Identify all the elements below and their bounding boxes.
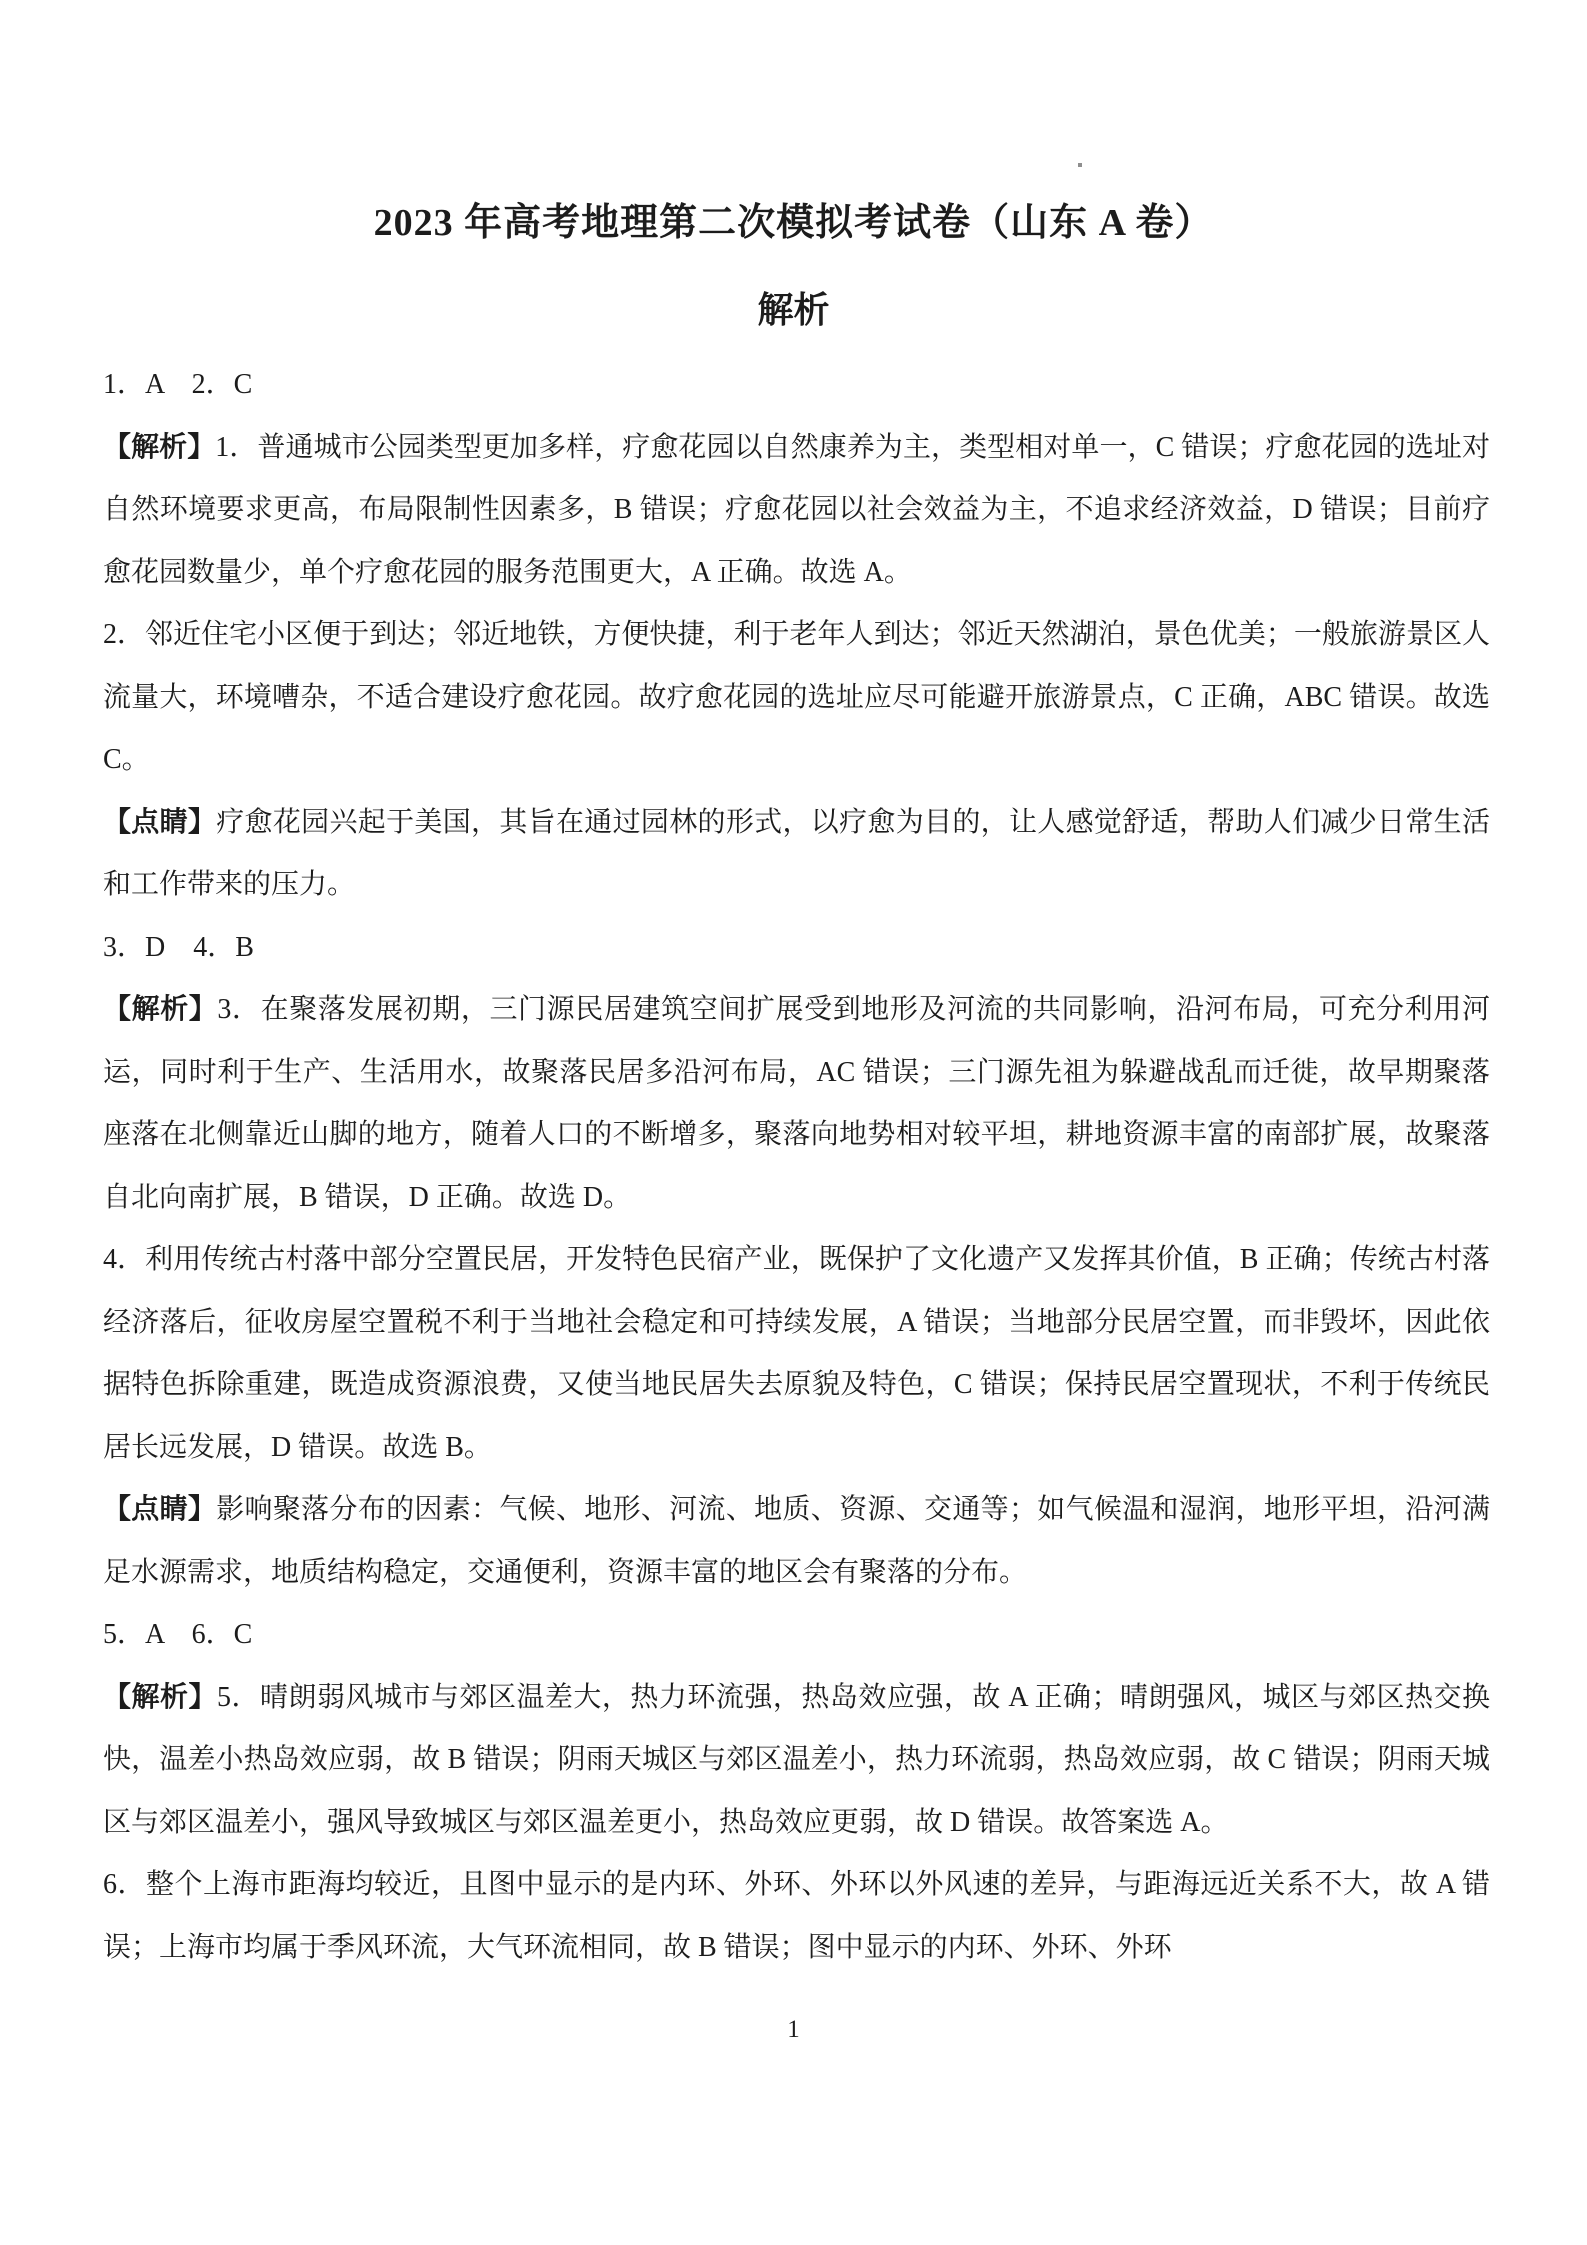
- analysis-label: 【解析】: [103, 432, 215, 463]
- document-page: 2023 年高考地理第二次模拟考试卷（山东 A 卷） 解析 1．A 2．C【解析…: [0, 0, 1587, 2245]
- page-number: 1: [0, 2015, 1587, 2045]
- analysis-q4: 4．利用传统古村落中部分空置民居，开发特色民宿产业，既保护了文化遗产又发挥其价值…: [103, 1229, 1490, 1479]
- document-title: 2023 年高考地理第二次模拟考试卷（山东 A 卷）: [0, 0, 1587, 246]
- analysis-label: 【点睛】: [103, 807, 216, 838]
- analysis-label: 【点睛】: [103, 1494, 216, 1525]
- tip-q3-q4: 【点睛】影响聚落分布的因素：气候、地形、河流、地质、资源、交通等；如气候温和湿润…: [103, 1479, 1490, 1604]
- analysis-label: 【解析】: [103, 1682, 217, 1713]
- answer-line-q5-q6: 5．A 6．C: [103, 1604, 1490, 1667]
- analysis-q1: 【解析】1．普通城市公园类型更加多样，疗愈花园以自然康养为主，类型相对单一，C …: [103, 417, 1490, 605]
- answer-line-q3-q4: 3．D 4．B: [103, 917, 1490, 980]
- analysis-q3: 【解析】3．在聚落发展初期，三门源民居建筑空间扩展受到地形及河流的共同影响，沿河…: [103, 979, 1490, 1229]
- analysis-q5: 【解析】5．晴朗弱风城市与郊区温差大，热力环流强，热岛效应强，故 A 正确；晴朗…: [103, 1667, 1490, 1855]
- analysis-label: 【解析】: [103, 994, 217, 1025]
- analysis-q6: 6．整个上海市距海均较近，且图中显示的是内环、外环、外环以外风速的差异，与距海远…: [103, 1854, 1490, 1979]
- scan-artifact-dot: [1078, 163, 1082, 167]
- document-body: 1．A 2．C【解析】1．普通城市公园类型更加多样，疗愈花园以自然康养为主，类型…: [103, 354, 1490, 1979]
- analysis-q2: 2．邻近住宅小区便于到达；邻近地铁，方便快捷，利于老年人到达；邻近天然湖泊，景色…: [103, 604, 1490, 792]
- document-subtitle: 解析: [0, 288, 1587, 332]
- answer-line-q1-q2: 1．A 2．C: [103, 354, 1490, 417]
- tip-q1-q2: 【点睛】疗愈花园兴起于美国，其旨在通过园林的形式，以疗愈为目的，让人感觉舒适，帮…: [103, 792, 1490, 917]
